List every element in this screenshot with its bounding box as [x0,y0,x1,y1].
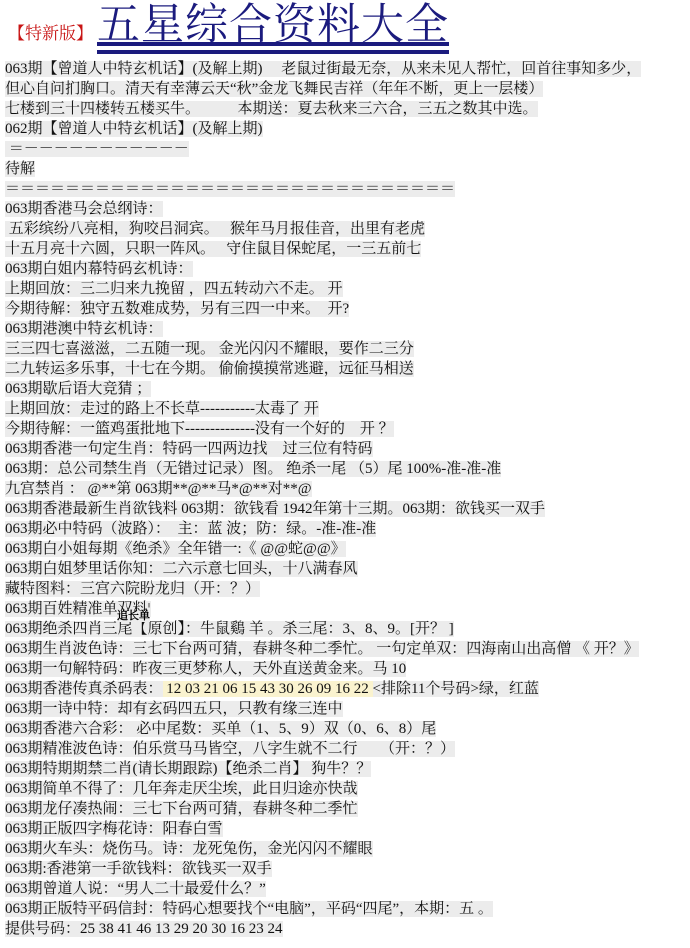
text-line: 063期【曾道人中特玄机话】(及解上期) 老鼠过街最无奈，从来未见人帮忙，回首往… [5,59,690,79]
text-line: 063期香港传真杀码表： 12 03 21 06 15 43 30 26 09 … [5,679,690,699]
text-line: 063期生肖波色诗：三七下台两可猜，春耕冬种二季忙。 一句定单双：四海南山出高僧… [5,639,690,659]
text-line: 063期精准波色诗：伯乐赏马马皆空，八字生就不二行 （开：？） [5,739,690,759]
text-line: 063期白姐梦里话你知：二六示意七回头，十八满春风 [5,559,690,579]
page: 【特新版】 五星综合资料大全 063期【曾道人中特玄机话】(及解上期) 老鼠过街… [0,0,690,948]
text-line: 五彩缤纷八亮相，狗咬吕洞宾。 猴年马月报佳音，出里有老虎 [5,219,690,239]
text-segment: 七楼到三十四楼转五楼买牛。 本期送：夏去秋来三六合，三五之数其中选。 [5,101,538,117]
edition-badge: 【特新版】 [8,24,93,44]
text-line: 063期一句解特码：昨夜三更梦称人，天外直送黄金来。马 10 [5,659,690,679]
text-segment: 063期：总公司禁生肖（无错过记录）图。 绝杀一尾 （5）尾 100%-准-准-… [5,461,501,477]
text-line: 063期白小姐每期《绝杀》全年错一:《 @@蛇@@》 [5,539,690,559]
text-line: 063期特期期禁二肖(请长期跟踪)【绝杀二肖】 狗牛？？ [5,759,690,779]
text-line: 063期火车头：烧伤马。诗：龙死兔伤，金光闪闪不耀眼 [5,839,690,859]
page-header: 【特新版】 五星综合资料大全 [0,0,690,56]
text-line: 但心自问扪胸口。清天有幸薄云天“秋”金龙飞舞民吉祥（年年不断，更上一层楼） [5,79,690,99]
text-line: 063期白姐内幕特码玄机诗： [5,259,690,279]
text-line: 063期香港一句定生肖：特码一四两边找 过三位有特码 [5,439,690,459]
text-segment: 五彩缤纷八亮相，狗咬吕洞宾。 猴年马月报佳音，出里有老虎 [5,221,425,237]
text-line: 063期简单不得了：几年奔走厌尘埃，此日归途亦快哉 [5,779,690,799]
text-line: ＝－－－－－－－－－－－ [5,139,690,159]
text-segment: 藏特图料：三宫六院盼龙归（开：？） [5,581,260,597]
text-segment: 063期:香港第一手欲钱料：欲钱买一双手 [5,861,272,877]
text-line: 今期待解：独守五数难成势，另有三四一中来。 开? [5,299,690,319]
text-segment: 063期简单不得了：几年奔走厌尘埃，此日归途亦快哉 [5,781,358,797]
text-line: 063期绝杀四肖三尾【原创】：牛鼠鷄 羊 。杀三尾：3、8、9。[开？ ] [5,619,690,639]
text-segment: 063期香港最新生肖欲钱料 063期：欲钱看 1942年第十三期。063期：欲钱… [5,501,545,517]
overlapping-note: 追长单 [117,611,150,622]
page-title: 五星综合资料大全 [97,3,449,54]
text-segment: 063期白小姐每期《绝杀》全年错一:《 @@蛇@@》 [5,541,346,557]
text-line: 063期曾道人说：“男人二十最爱什么？” [5,879,690,899]
text-segment: 12 03 21 06 15 43 30 26 09 16 22 [163,681,373,697]
text-line: 十五月亮十六圆，只职一阵风。 守住鼠目保蛇尾，一三五前七 [5,239,690,259]
text-line: 上期回放：走过的路上不长草-----------太毒了 开 [5,399,690,419]
text-segment: 062期【曾道人中特玄机话】(及解上期) [5,121,263,137]
text-segment: 063期香港六合彩： 必中尾数：买单（1、5、9）双（0、6、8）尾 [5,721,436,737]
text-segment: 提供号码：25 38 41 46 13 29 20 30 16 23 24 [5,921,283,937]
text-line: 063期正版四字梅花诗：阳春白雪 [5,819,690,839]
text-segment: 063期一诗中特：却有玄码四五只，只教有缘三连中 [5,701,343,717]
text-segment: 063期绝杀四肖三尾【原创】：牛鼠鷄 羊 。杀三尾：3、8、9。[开？ ] [5,621,454,637]
text-segment: 十五月亮十六圆，只职一阵风。 守住鼠目保蛇尾，一三五前七 [5,241,421,257]
text-segment: 063期龙仔凑热闹：三七下台两可猜，春耕冬种二季忙 [5,801,358,817]
text-segment: 063期香港马会总纲诗： [5,201,163,217]
text-line: 063期港澳中特玄机诗： [5,319,690,339]
text-segment: 063期白姐内幕特码玄机诗： [5,261,193,277]
text-segment: <排除11个号码>绿，红蓝 [373,681,539,697]
text-line: 九宫禁肖 ： @**第 063期**@**马*@**对**@ [5,479,690,499]
text-segment: 上期回放：三二归来九挽留 ，四五转动六不走。 开 [5,281,343,297]
text-line: ＝＝＝＝＝＝＝＝＝＝＝＝＝＝＝＝＝＝＝＝＝＝＝＝＝＝＝＝＝＝ [5,179,690,199]
text-segment: 063期歇后语大竞猜 ； [5,381,151,397]
text-segment: 063期香港一句定生肖：特码一四两边找 过三位有特码 [5,441,373,457]
text-line: 063期龙仔凑热闹：三七下台两可猜，春耕冬种二季忙 [5,799,690,819]
text-segment: 今期待解：独守五数难成势，另有三四一中来。 开? [5,301,349,317]
text-line: 二九转运多乐事，十七在今期。 偷偷摸摸常逃避，远征马相送 [5,359,690,379]
text-segment: 063期必中特码（波路）： 主：蓝 波；防：绿。-准-准-准 [5,521,376,537]
text-segment: 063期【曾道人中特玄机话】(及解上期) 老鼠过街最无奈，从来未见人帮忙，回首往… [5,61,641,77]
text-line: 063期一诗中特：却有玄码四五只，只教有缘三连中 [5,699,690,719]
text-segment: 063期正版四字梅花诗：阳春白雪 [5,821,223,837]
text-line: 063期香港六合彩： 必中尾数：买单（1、5、9）双（0、6、8）尾 [5,719,690,739]
text-segment: 今期待解：一篮鸡蛋批地下--------------没有一个好的 开 ？ [5,421,394,437]
text-segment: 九宫禁肖 ： @**第 063期**@**马*@**对**@ [5,481,312,497]
text-segment: 063期白姐梦里话你知：二六示意七回头，十八满春风 [5,561,358,577]
text-line: 063期香港最新生肖欲钱料 063期：欲钱看 1942年第十三期。063期：欲钱… [5,499,690,519]
text-segment: 三三四七喜滋滋，二五随一现。 金光闪闪不耀眼，要作二三分 [5,341,414,357]
text-line: 待解 [5,159,690,179]
text-segment: 但心自问扪胸口。清天有幸薄云天“秋”金龙飞舞民吉祥（年年不断，更上一层楼） [5,81,543,97]
content-lines: 063期【曾道人中特玄机话】(及解上期) 老鼠过街最无奈，从来未见人帮忙，回首往… [0,56,690,939]
text-line: 三三四七喜滋滋，二五随一现。 金光闪闪不耀眼，要作二三分 [5,339,690,359]
text-segment: 063期港澳中特玄机诗： [5,321,163,337]
text-segment: 063期特期期禁二肖(请长期跟踪)【绝杀二肖】 狗牛？？ [5,761,371,777]
text-line: 藏特图料：三宫六院盼龙归（开：？） [5,579,690,599]
text-line: 063期歇后语大竞猜 ； [5,379,690,399]
text-line: 063期香港马会总纲诗： [5,199,690,219]
text-line: 063期：总公司禁生肖（无错过记录）图。 绝杀一尾 （5）尾 100%-准-准-… [5,459,690,479]
text-segment: ＝＝＝＝＝＝＝＝＝＝＝＝＝＝＝＝＝＝＝＝＝＝＝＝＝＝＝＝＝＝ [5,181,455,197]
text-segment: 上期回放：走过的路上不长草-----------太毒了 开 [5,401,319,417]
text-segment: 063期火车头：烧伤马。诗：龙死兔伤，金光闪闪不耀眼 [5,841,373,857]
text-segment: 063期正版特平码信封：特码心想要找个“电脑”，平码“四尾”，本期：五 。 [5,901,493,917]
text-segment: 待解 [5,161,35,177]
text-line: 063期:香港第一手欲钱料：欲钱买一双手 [5,859,690,879]
text-line: 063期必中特码（波路）： 主：蓝 波；防：绿。-准-准-准 [5,519,690,539]
text-segment: 063期精准波色诗：伯乐赏马马皆空，八字生就不二行 （开：？） [5,741,455,757]
text-segment: 063期曾道人说：“男人二十最爱什么？” [5,881,266,897]
text-line: 063期百姓精准单双料¦追长单 [5,599,690,619]
text-line: 063期正版特平码信封：特码心想要找个“电脑”，平码“四尾”，本期：五 。 [5,899,690,919]
text-segment: 063期一句解特码：昨夜三更梦称人，天外直送黄金来。马 10 [5,661,406,677]
text-line: 提供号码：25 38 41 46 13 29 20 30 16 23 24 [5,919,690,939]
text-line: 上期回放：三二归来九挽留 ，四五转动六不走。 开 [5,279,690,299]
text-segment: 063期生肖波色诗：三七下台两可猜，春耕冬种二季忙。 一句定单双：四海南山出高僧… [5,641,639,657]
text-line: 062期【曾道人中特玄机话】(及解上期) [5,119,690,139]
text-segment: 二九转运多乐事，十七在今期。 偷偷摸摸常逃避，远征马相送 [5,361,414,377]
text-segment: ＝－－－－－－－－－－－ [5,141,189,157]
text-line: 七楼到三十四楼转五楼买牛。 本期送：夏去秋来三六合，三五之数其中选。 [5,99,690,119]
text-line: 今期待解：一篮鸡蛋批地下--------------没有一个好的 开 ？ [5,419,690,439]
text-segment: 063期香港传真杀码表： [5,681,163,697]
